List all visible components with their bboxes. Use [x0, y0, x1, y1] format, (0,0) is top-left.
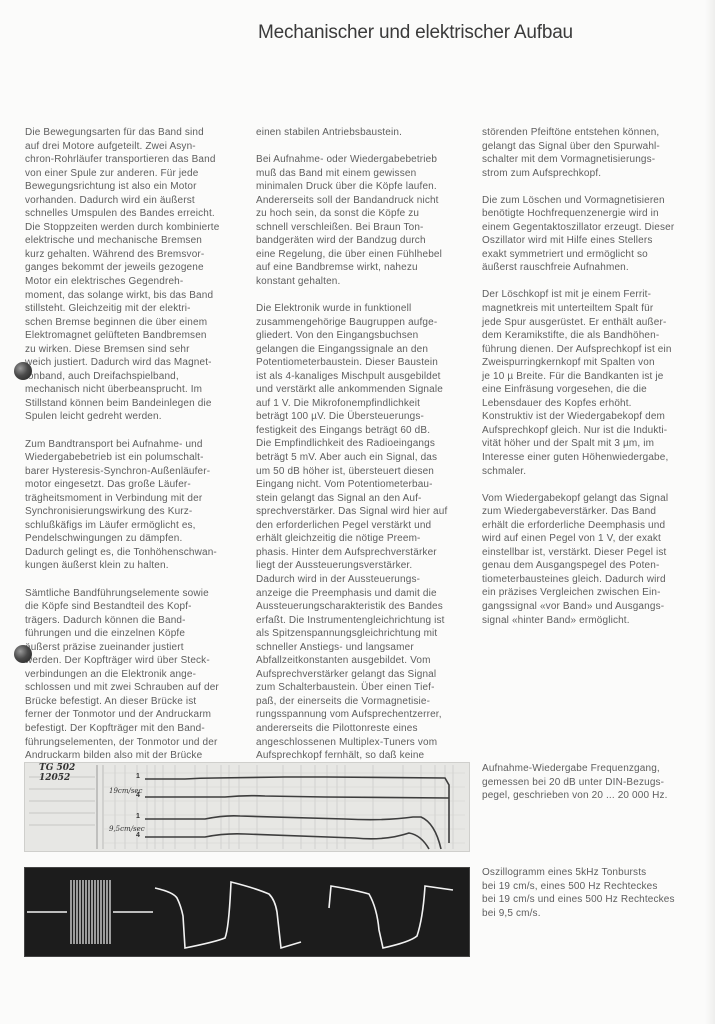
paragraph: Der Löschkopf ist mit je einem Ferrit- m… [482, 288, 710, 478]
chart-track-label: 4 [136, 792, 140, 799]
paragraph: Sämtliche Bandführungselemente sowie die… [25, 587, 247, 763]
frequency-chart-caption: Aufnahme-Wiedergabe Frequenzgang, gemess… [482, 762, 710, 803]
chart-model-label: TG 502 [39, 763, 75, 773]
chart-serial-label: 12052 [39, 773, 70, 783]
paragraph: Bei Aufnahme- oder Wiedergabebetrieb muß… [256, 153, 476, 288]
paragraph: störenden Pfeiftöne entstehen können, ge… [482, 126, 710, 180]
binder-hole-icon [14, 645, 32, 663]
chart-track-label: 1 [136, 813, 140, 820]
text-column-1: Die Bewegungsarten für das Band sind auf… [25, 126, 247, 776]
chart-track-label: 1 [136, 773, 140, 780]
paragraph: Die zum Löschen und Vormagnetisieren ben… [482, 194, 710, 275]
paragraph: Zum Bandtransport bei Aufnahme- und Wied… [25, 438, 247, 573]
oscillogram-image [24, 867, 470, 957]
chart-track-label: 4 [136, 832, 140, 839]
paragraph: Die Bewegungsarten für das Band sind auf… [25, 126, 247, 424]
paragraph: Vom Wiedergabekopf gelangt das Signal zu… [482, 492, 710, 627]
frequency-response-chart: TG 502 12052 19cm/sec 9,5cm/sec 1 4 1 4 [24, 762, 470, 852]
paragraph: Die Elektronik wurde in funktionell zusa… [256, 302, 476, 763]
oscillogram-graphic [25, 868, 469, 956]
binder-hole-icon [14, 362, 32, 380]
page-edge-shadow [705, 0, 715, 1024]
page-title: Mechanischer und elektrischer Aufbau [258, 22, 573, 44]
oscillogram-caption: Oszillogramm eines 5kHz Tonbursts bei 19… [482, 866, 710, 920]
text-column-3: störenden Pfeiftöne entstehen können, ge… [482, 126, 710, 641]
text-column-2: einen stabilen Antriebsbaustein. Bei Auf… [256, 126, 476, 776]
paragraph: einen stabilen Antriebsbaustein. [256, 126, 476, 140]
chart-graphic [25, 763, 469, 851]
